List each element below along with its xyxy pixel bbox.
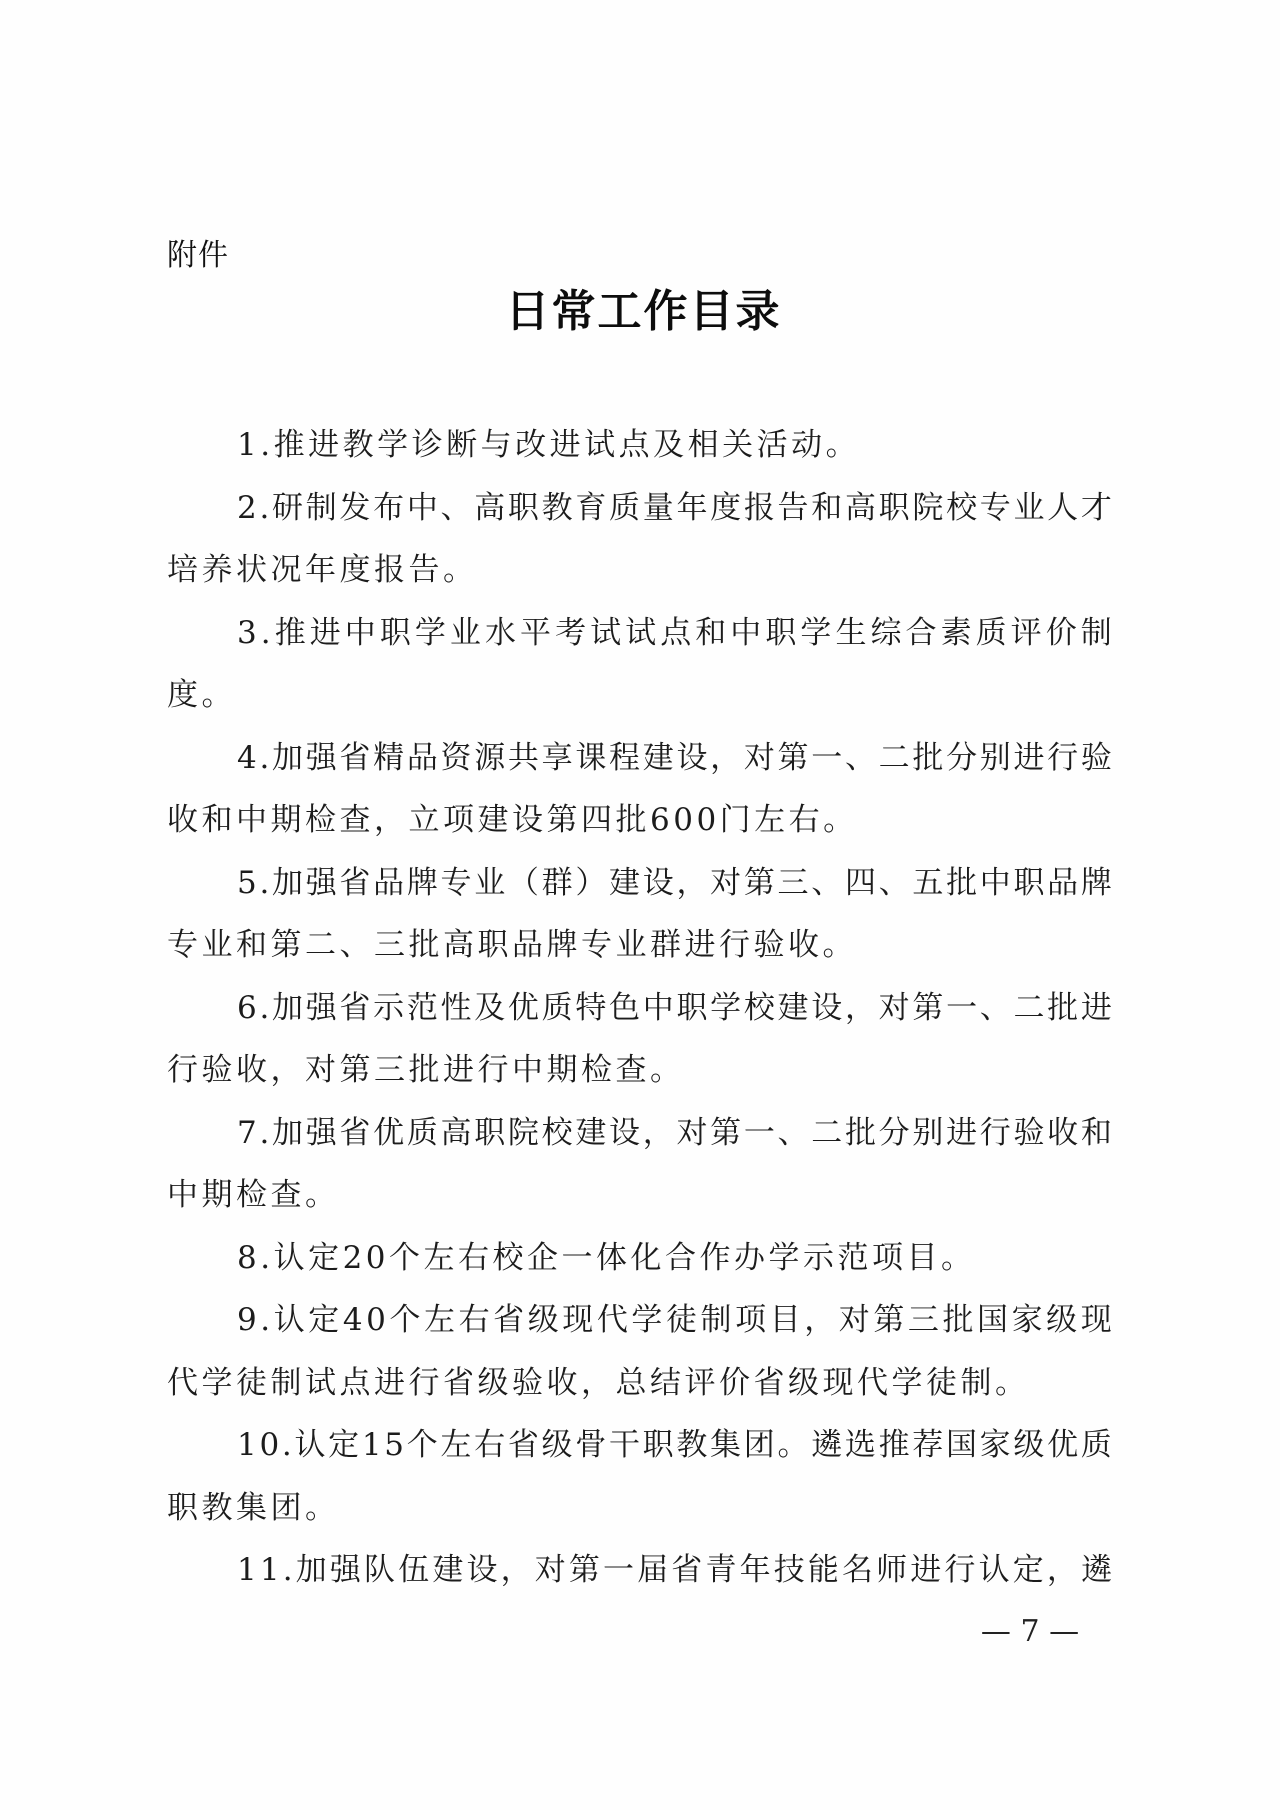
text-line: 10.认定15个左右省级骨干职教集团。遴选推荐国家级优质 [167,1414,1112,1477]
page-title: 日常工作目录 [0,286,1280,338]
text-line: 行验收，对第三批进行中期检查。 [167,1039,1112,1102]
text-line: 4.加强省精品资源共享课程建设，对第一、二批分别进行验 [167,727,1112,790]
text-line: 度。 [167,664,1112,727]
page-number: — 7 — [975,1614,1085,1650]
document-body: 1.推进教学诊断与改进试点及相关活动。 2.研制发布中、高职教育质量年度报告和高… [167,414,1112,1602]
text-line: 收和中期检查，立项建设第四批600门左右。 [167,789,1112,852]
text-line: 中期检查。 [167,1164,1112,1227]
text-line: 7.加强省优质高职院校建设，对第一、二批分别进行验收和 [167,1102,1112,1165]
attachment-label: 附件 [167,238,229,274]
document-page: 附件 日常工作目录 1.推进教学诊断与改进试点及相关活动。 2.研制发布中、高职… [0,0,1280,1810]
text-line: 职教集团。 [167,1477,1112,1540]
text-line: 3.推进中职学业水平考试试点和中职学生综合素质评价制 [167,602,1112,665]
text-line: 11.加强队伍建设，对第一届省青年技能名师进行认定，遴 [167,1539,1112,1602]
text-line: 代学徒制试点进行省级验收，总结评价省级现代学徒制。 [167,1352,1112,1415]
text-line: 2.研制发布中、高职教育质量年度报告和高职院校专业人才 [167,477,1112,540]
text-line: 6.加强省示范性及优质特色中职学校建设，对第一、二批进 [167,977,1112,1040]
text-line: 专业和第二、三批高职品牌专业群进行验收。 [167,914,1112,977]
text-line: 5.加强省品牌专业（群）建设，对第三、四、五批中职品牌 [167,852,1112,915]
text-line: 培养状况年度报告。 [167,539,1112,602]
text-line: 1.推进教学诊断与改进试点及相关活动。 [167,414,1112,477]
text-line: 9.认定40个左右省级现代学徒制项目，对第三批国家级现 [167,1289,1112,1352]
text-line: 8.认定20个左右校企一体化合作办学示范项目。 [167,1227,1112,1290]
